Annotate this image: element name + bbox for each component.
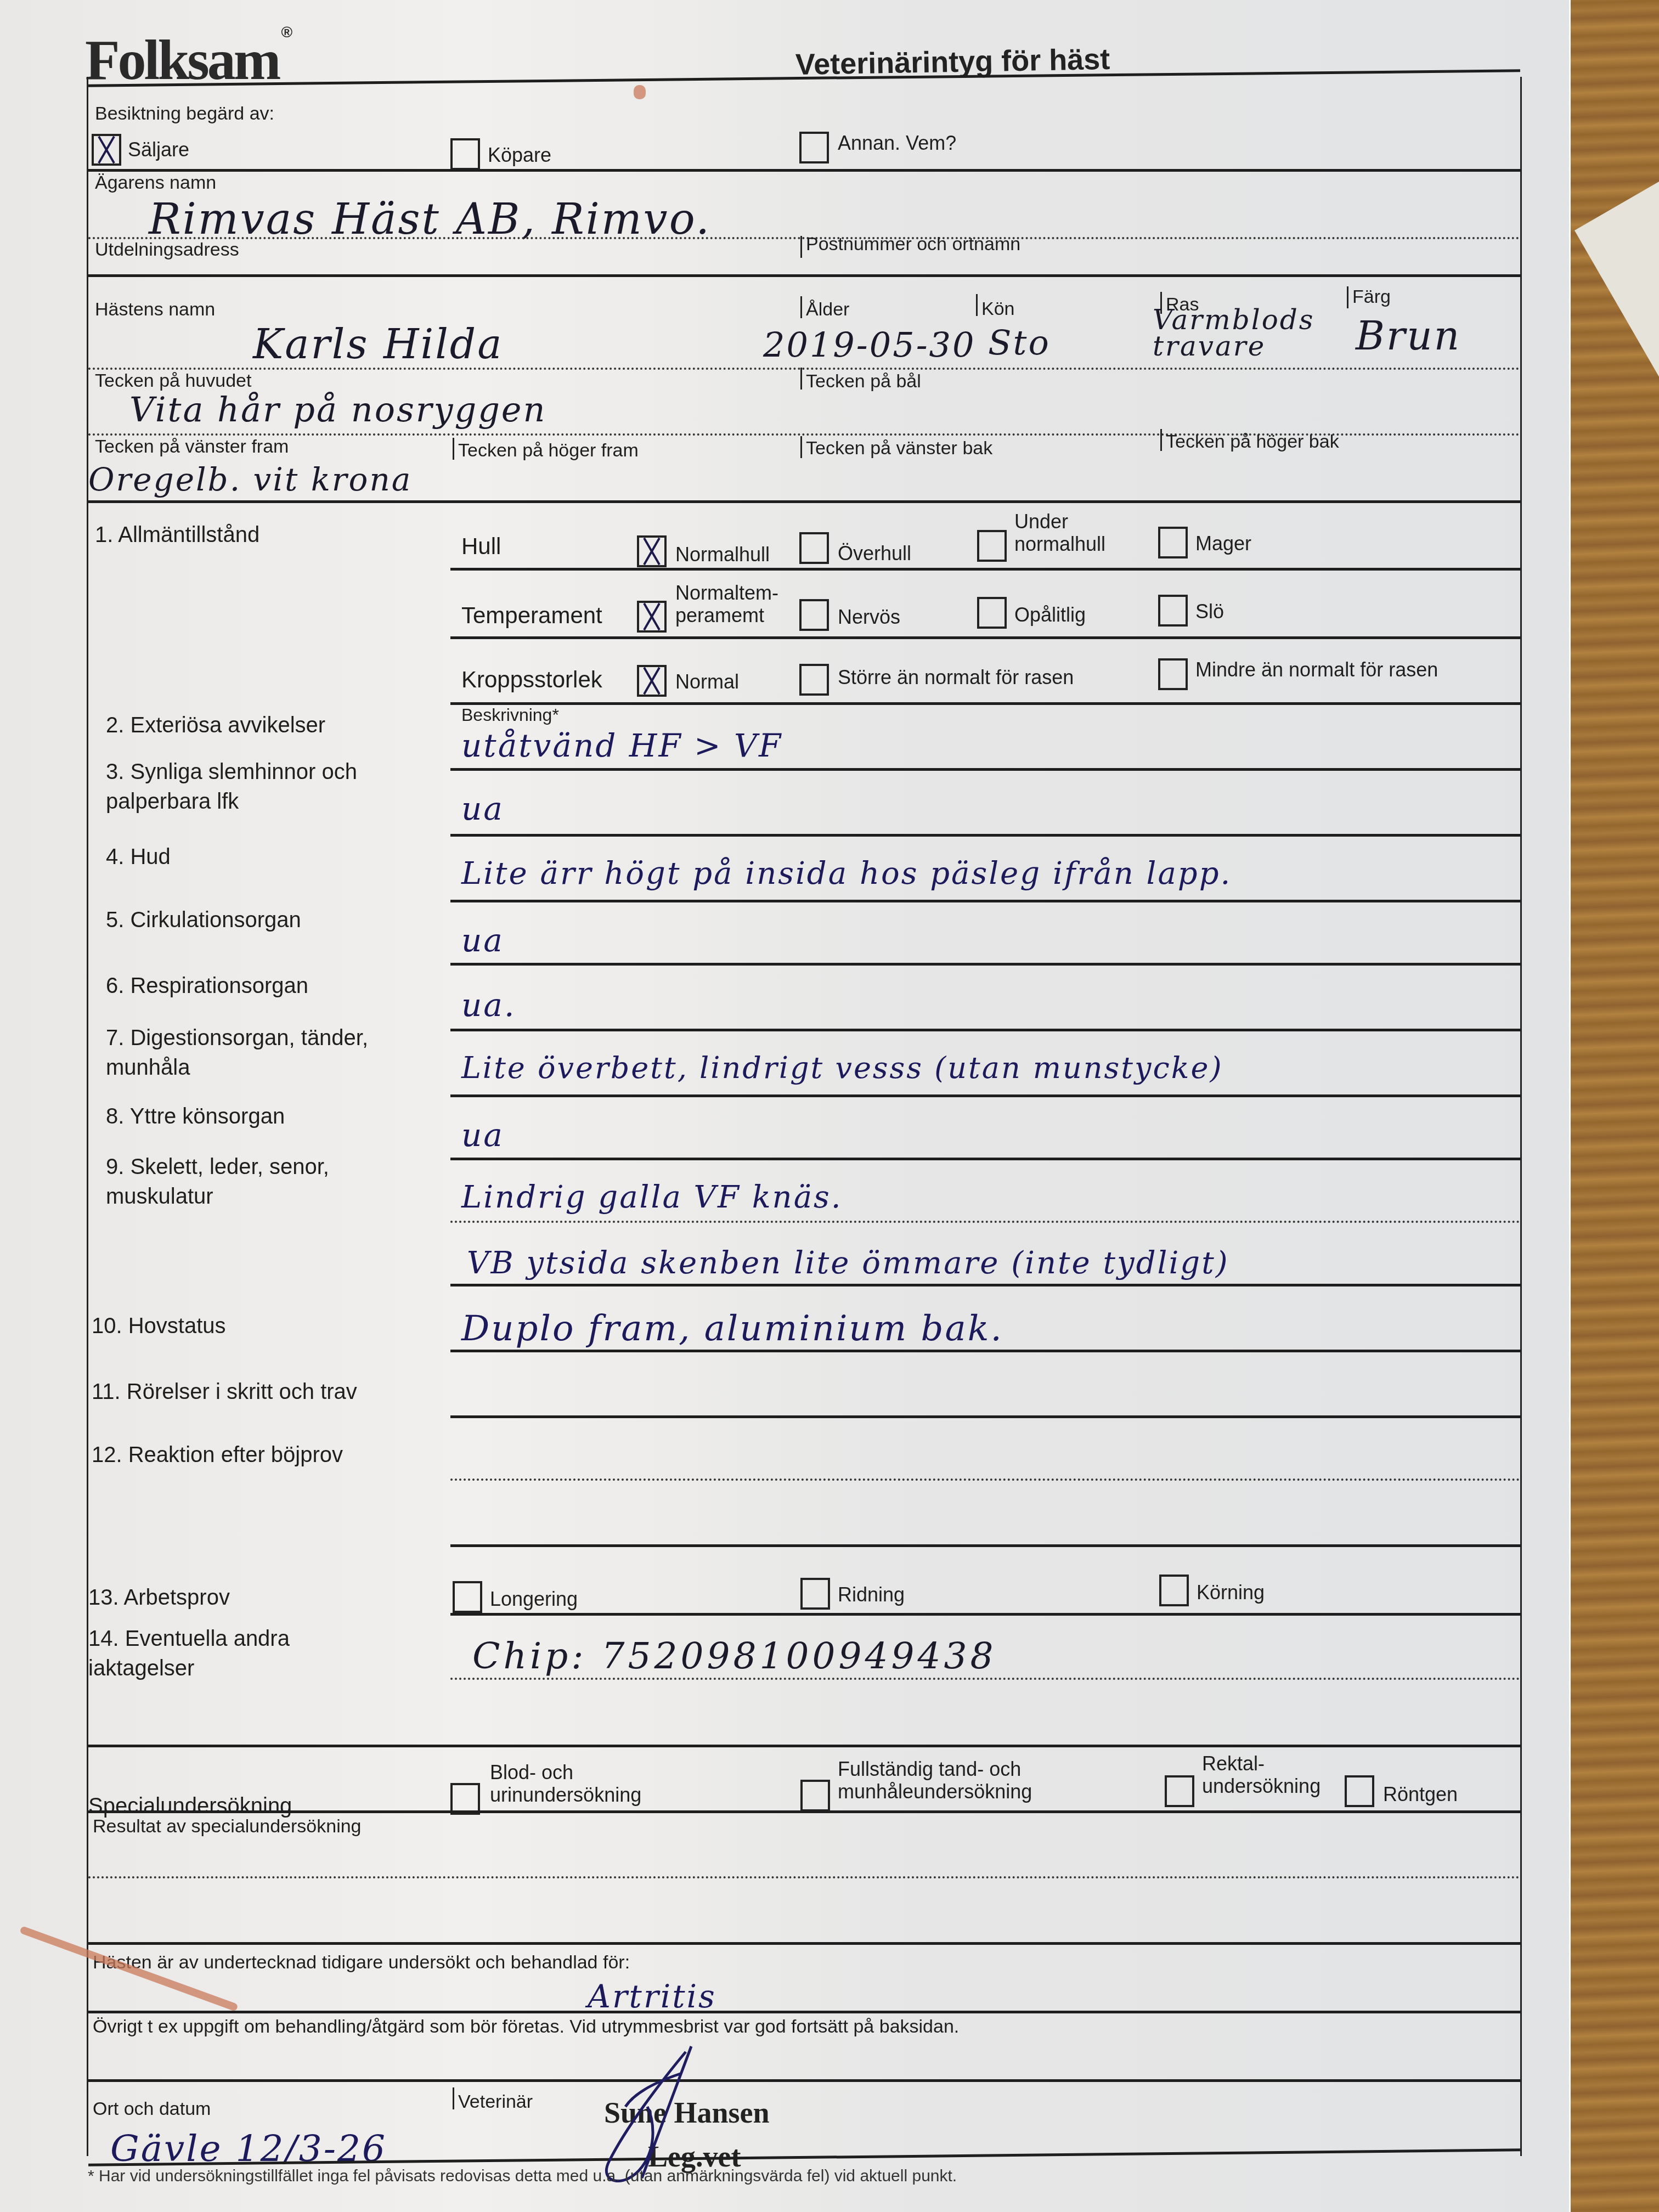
horse-name-label: Hästens namn xyxy=(95,299,215,320)
section-8-value[interactable]: ua xyxy=(461,1116,504,1154)
overhull-label: Överhull xyxy=(838,542,911,565)
requested-by-label: Besiktning begärd av: xyxy=(95,103,274,125)
divider xyxy=(450,1029,1520,1031)
section-7-label: 7. Digestionsorgan, tänder, munhåla xyxy=(106,1023,435,1082)
place-date-label: Ort och datum xyxy=(93,2098,211,2120)
certificate-paper: Folksam® Veterinärintyg för häst Besiktn… xyxy=(0,0,1571,2212)
divider xyxy=(450,1094,1520,1097)
dental-label: Fullständig tand- och munhåleundersöknin… xyxy=(838,1758,1079,1803)
dotted-line xyxy=(450,1221,1520,1223)
field-separator xyxy=(1160,429,1162,451)
divider xyxy=(450,568,1520,571)
mager-label: Mager xyxy=(1195,532,1251,555)
under-normalhull-label: Under normalhull xyxy=(1014,510,1124,556)
work-test-label: 13. Arbetsprov xyxy=(88,1583,230,1612)
horse-name-value[interactable]: Karls Hilda xyxy=(253,321,503,368)
smaller-than-normal-label: Mindre än normalt för rasen xyxy=(1195,658,1438,681)
dotted-line xyxy=(450,1479,1520,1481)
seller-label: Säljare xyxy=(128,138,189,161)
checkbox-riding[interactable] xyxy=(800,1578,830,1610)
divider xyxy=(450,1284,1520,1286)
section-9-value-line-1[interactable]: Lindrig galla VF knäs. xyxy=(461,1180,843,1215)
body-size-label: Kroppsstorlek xyxy=(461,667,602,693)
divider xyxy=(88,2011,1520,2013)
divider xyxy=(450,702,1520,705)
lunging-label: Longering xyxy=(490,1588,578,1610)
buyer-label: Köpare xyxy=(488,144,551,166)
blood-urine-label: Blod- och urinundersökning xyxy=(490,1761,671,1807)
section-4-value[interactable]: Lite ärr högt på insida hos päsleg ifrån… xyxy=(461,856,1232,891)
field-separator xyxy=(800,296,802,318)
temperament-label: Temperament xyxy=(461,602,602,629)
divider xyxy=(88,1810,1520,1813)
divider xyxy=(450,1544,1520,1547)
checkbox-normaltemperament[interactable] xyxy=(637,601,667,633)
field-separator xyxy=(1347,286,1348,308)
red-speck xyxy=(634,85,646,99)
field-separator xyxy=(800,436,802,458)
riding-label: Ridning xyxy=(838,1583,905,1606)
checkbox-overhull[interactable] xyxy=(799,532,829,564)
field-separator xyxy=(800,368,802,390)
divider xyxy=(88,169,1520,172)
checkbox-unreliable[interactable] xyxy=(977,597,1007,629)
field-separator xyxy=(453,2087,454,2109)
section-3-label: 3. Synliga slemhinnor och palperbara lfk xyxy=(106,757,413,816)
checkbox-smaller-than-normal[interactable] xyxy=(1158,658,1188,690)
divider xyxy=(450,963,1520,966)
age-label: Ålder xyxy=(806,299,849,320)
color-label: Färg xyxy=(1352,286,1391,308)
checkbox-driving[interactable] xyxy=(1159,1575,1189,1606)
left-fore-marks-value[interactable]: Oregelb. vit krona xyxy=(88,461,412,498)
normalhull-label: Normalhull xyxy=(675,543,770,566)
checkbox-nervous[interactable] xyxy=(799,599,829,631)
footnote: * Har vid undersökningstillfället inga f… xyxy=(88,2167,957,2186)
other-label: Annan. Vem? xyxy=(838,132,956,154)
hull-label: Hull xyxy=(461,533,501,560)
divider xyxy=(88,1745,1520,1747)
body-marks-label: Tecken på bål xyxy=(806,371,921,392)
section-2-value[interactable]: utåtvänd HF > VF xyxy=(461,727,782,764)
divider xyxy=(450,834,1520,837)
breed-value[interactable]: Varmblods travare xyxy=(1153,307,1339,359)
checkbox-normal-size[interactable] xyxy=(637,665,667,697)
previous-treatment-value[interactable]: Artritis xyxy=(588,1978,716,2015)
left-hind-marks-label: Tecken på vänster bak xyxy=(806,438,992,459)
sex-label: Kön xyxy=(981,298,1015,320)
section-11-label: 11. Rörelser i skritt och trav xyxy=(92,1377,357,1407)
checkbox-lunging[interactable] xyxy=(453,1581,482,1613)
special-exam-result-label: Resultat av specialundersökning xyxy=(93,1816,362,1837)
checkbox-seller[interactable] xyxy=(92,134,121,166)
section-10-label: 10. Hovstatus xyxy=(92,1311,226,1341)
section-10-value[interactable]: Duplo fram, aluminium bak. xyxy=(461,1308,1003,1349)
section-9-label: 9. Skelett, leder, senor, muskulatur xyxy=(106,1152,413,1211)
dotted-line xyxy=(450,1678,1520,1680)
section-8-label: 8. Yttre könsorgan xyxy=(106,1102,285,1131)
checkbox-xray[interactable] xyxy=(1345,1775,1374,1807)
divider xyxy=(450,1613,1520,1616)
head-marks-label: Tecken på huvudet xyxy=(95,370,251,392)
other-notes-label: Övrigt t ex uppgift om behandling/åtgärd… xyxy=(93,2016,959,2038)
divider xyxy=(450,1158,1520,1160)
divider xyxy=(450,1350,1520,1352)
larger-than-normal-label: Större än normalt för rasen xyxy=(838,666,1074,689)
divider xyxy=(450,636,1520,639)
certificate-form: Besiktning begärd av: Säljare Köpare Ann… xyxy=(87,77,1522,2156)
dotted-line xyxy=(88,1876,1520,1878)
section-6-label: 6. Respirationsorgan xyxy=(106,971,308,1001)
field-separator xyxy=(800,236,802,258)
checkbox-sluggish[interactable] xyxy=(1158,595,1188,627)
checkbox-under-normalhull[interactable] xyxy=(977,530,1007,562)
color-value[interactable]: Brun xyxy=(1356,313,1461,359)
age-value[interactable]: 2019-05-30 xyxy=(763,325,975,365)
section-5-label: 5. Cirkulationsorgan xyxy=(106,905,301,935)
vet-label: Veterinär xyxy=(458,2091,533,2113)
address-label: Utdelningsadress xyxy=(95,239,239,261)
dotted-line xyxy=(88,368,1520,370)
nervous-label: Nervös xyxy=(838,606,900,628)
previous-treatment-label: Hästen är av undertecknad tidigare under… xyxy=(93,1952,630,1973)
section-4-label: 4. Hud xyxy=(106,842,171,872)
right-hind-marks-label: Tecken på höger bak xyxy=(1166,431,1339,453)
normaltemperament-label: Normaltem-peramemt xyxy=(675,582,796,627)
section-6-value[interactable]: ua. xyxy=(461,986,516,1024)
section-5-value[interactable]: ua xyxy=(461,922,504,959)
right-fore-marks-label: Tecken på höger fram xyxy=(458,440,639,461)
checkbox-rectal[interactable] xyxy=(1165,1775,1194,1807)
rectal-label: Rektal-undersökning xyxy=(1202,1752,1334,1798)
divider xyxy=(450,768,1520,771)
section-9-value-line-2[interactable]: VB ytsida skenben lite ömmare (inte tydl… xyxy=(467,1245,1229,1281)
sex-value[interactable]: Sto xyxy=(988,323,1051,363)
checkbox-buyer[interactable] xyxy=(450,138,480,170)
description-label: Beskrivning* xyxy=(461,705,559,725)
section-12-label: 12. Reaktion efter böjprov xyxy=(92,1440,343,1470)
dotted-line xyxy=(88,237,1520,239)
xray-label: Röntgen xyxy=(1383,1783,1458,1805)
normal-size-label: Normal xyxy=(675,670,739,693)
field-separator xyxy=(453,438,454,460)
unreliable-label: Opålitlig xyxy=(1014,603,1086,626)
divider xyxy=(88,2079,1520,2082)
section-3-value[interactable]: ua xyxy=(461,790,504,827)
checkbox-larger-than-normal[interactable] xyxy=(799,664,829,696)
other-observations-label: 14. Eventuella andra iaktagelser xyxy=(88,1624,374,1683)
chip-number-value[interactable]: Chip: 752098100949438 xyxy=(472,1635,996,1677)
general-condition-label: 1. Allmäntillstånd xyxy=(95,520,259,550)
sluggish-label: Slö xyxy=(1195,600,1224,623)
left-fore-marks-label: Tecken på vänster fram xyxy=(95,436,289,458)
checkbox-other[interactable] xyxy=(799,132,829,163)
field-separator xyxy=(976,294,978,316)
checkbox-dental[interactable] xyxy=(800,1780,830,1812)
divider xyxy=(450,900,1520,902)
checkbox-normalhull[interactable] xyxy=(637,535,667,567)
driving-label: Körning xyxy=(1197,1581,1265,1604)
section-2-label: 2. Exteriösa avvikelser xyxy=(106,710,325,740)
checkbox-mager[interactable] xyxy=(1158,527,1188,558)
section-7-value[interactable]: Lite överbett, lindrigt vesss (utan muns… xyxy=(461,1051,1223,1085)
postal-label: Postnummer och ortnamn xyxy=(806,234,1020,255)
divider xyxy=(88,500,1520,503)
divider xyxy=(450,1415,1520,1418)
divider xyxy=(88,1942,1520,1945)
divider xyxy=(88,274,1520,277)
owner-name-label: Ägarens namn xyxy=(95,172,216,194)
head-marks-value[interactable]: Vita hår på nosryggen xyxy=(129,390,546,430)
